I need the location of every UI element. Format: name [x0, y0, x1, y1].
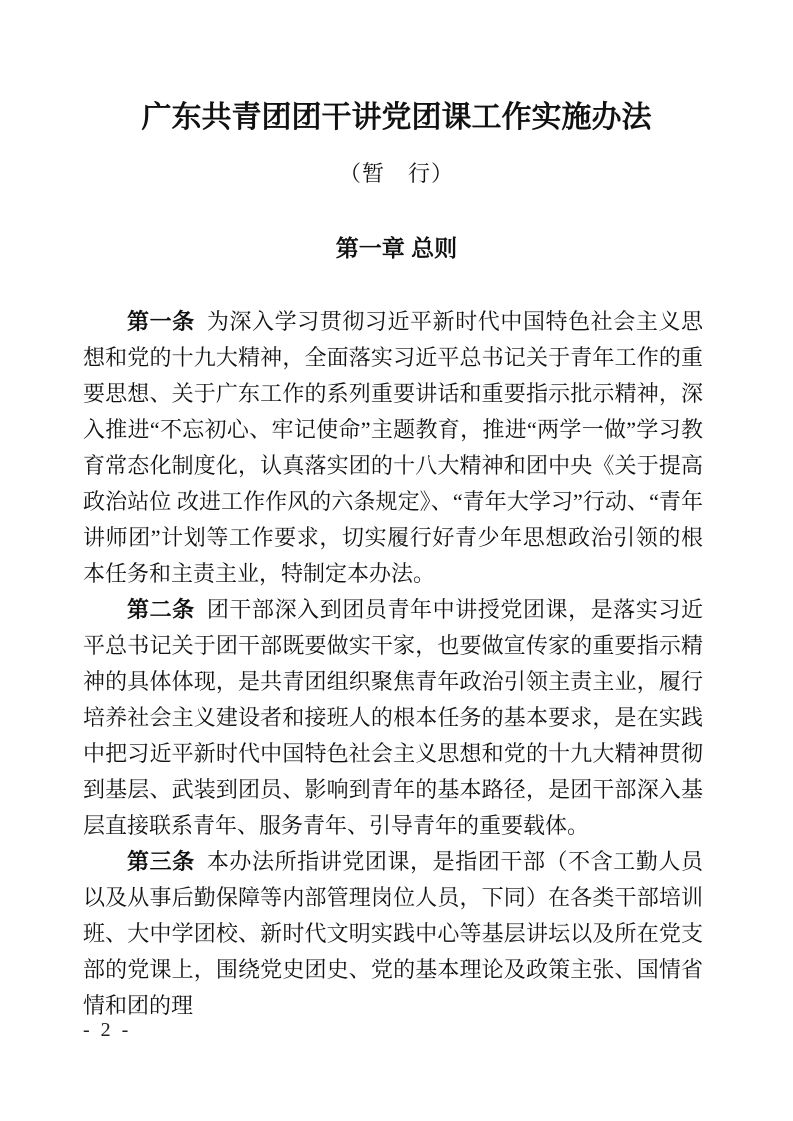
article-3-label: 第三条 — [127, 849, 195, 874]
document-page: 广东共青团团干讲党团课工作实施办法 （暂 行） 第一章 总则 第一条为深入学习贯… — [0, 0, 793, 1121]
article-1-text: 为深入学习贯彻习近平新时代中国特色社会主义思想和党的十九大精神，全面落实习近平总… — [83, 309, 703, 586]
article-paragraph-3: 第三条本办法所指讲党团课，是指团干部（不含工勤人员以及从事后勤保障等内部管理岗位… — [83, 844, 703, 1024]
article-paragraph-2: 第二条团干部深入到团员青年中讲授党团课，是落实习近平总书记关于团干部既要做实干家… — [83, 592, 703, 844]
article-2-text: 团干部深入到团员青年中讲授党团课，是落实习近平总书记关于团干部既要做实干家，也要… — [83, 597, 703, 838]
article-3-text: 本办法所指讲党团课，是指团干部（不含工勤人员以及从事后勤保障等内部管理岗位人员，… — [83, 849, 703, 1018]
article-paragraph-1: 第一条为深入学习贯彻习近平新时代中国特色社会主义思想和党的十九大精神，全面落实习… — [83, 304, 703, 592]
document-subtitle: （暂 行） — [0, 159, 793, 189]
document-title: 广东共青团团干讲党团课工作实施办法 — [0, 98, 793, 138]
page-number: - 2 - — [83, 1018, 131, 1042]
article-1-label: 第一条 — [127, 309, 195, 334]
document-body: 第一条为深入学习贯彻习近平新时代中国特色社会主义思想和党的十九大精神，全面落实习… — [83, 304, 703, 1024]
article-2-label: 第二条 — [127, 597, 195, 622]
chapter-heading: 第一章 总则 — [0, 233, 793, 263]
